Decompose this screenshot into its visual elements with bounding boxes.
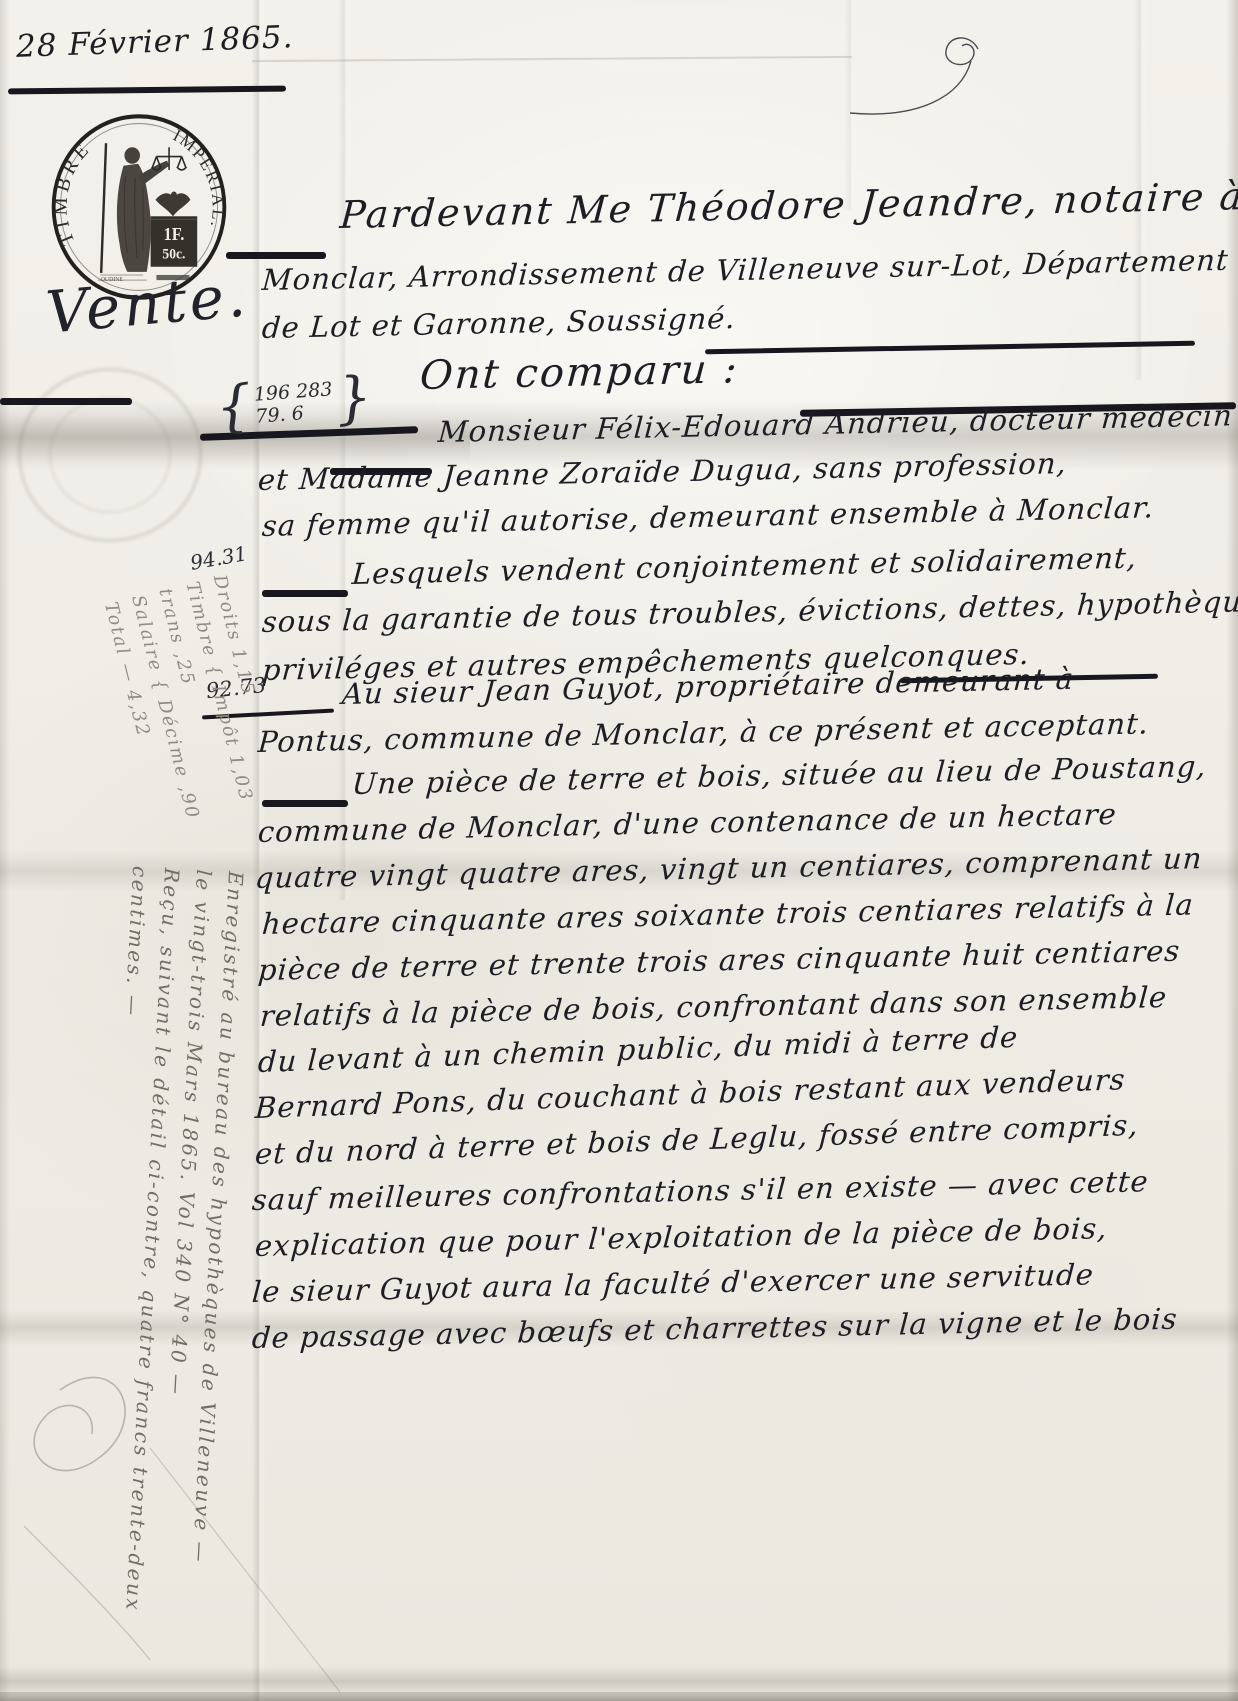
margin-figure: 94.31	[188, 541, 249, 575]
margin-figure: 79. 6	[255, 400, 335, 427]
stamp-right-arc-text: IMPERIAL.	[170, 125, 227, 231]
body-line: sous la garantie de tous troubles, évict…	[261, 587, 1238, 637]
ink-rule	[0, 398, 132, 405]
body-line: pièce de terre et trente trois ares cinq…	[257, 937, 1181, 985]
body-line: sauf meilleures confrontations s'il en e…	[251, 1167, 1150, 1215]
ink-rule	[262, 800, 348, 807]
body-line: relatifs à la pièce de bois, confrontant…	[259, 983, 1168, 1031]
flourish-paraph	[820, 25, 1030, 135]
stamp-denomination-bottom: 50c.	[162, 247, 185, 262]
body-line: Lesquels vendent conjointement et solida…	[351, 544, 1138, 589]
body-line: sa femme qu'il autorise, demeurant ensem…	[261, 493, 1155, 541]
brace-open: {	[214, 381, 253, 434]
body-line: Pontus, commune de Monclar, à ce présent…	[257, 709, 1150, 757]
ink-rule	[8, 86, 286, 95]
ink-rule	[262, 590, 348, 597]
body-line-heading: Ont comparu :	[419, 349, 740, 396]
body-line: explication que pour l'exploitation de l…	[254, 1214, 1108, 1261]
stamp-bleedthrough	[18, 368, 202, 542]
margin-folio-figures: { 196 283 79. 6 }	[214, 373, 373, 434]
brace-close: }	[334, 373, 373, 426]
ink-rule	[226, 252, 326, 259]
body-line: Pardevant Me Théodore Jeandre, notaire à	[339, 177, 1238, 234]
eagle-icon	[155, 192, 190, 217]
document-page: 28 Février 1865. TIMBRE IMPERIAL.	[0, 0, 1238, 1701]
body-line: hectare cinquante ares soixante trois ce…	[261, 891, 1195, 939]
body-line: le sieur Guyot aura la faculté d'exercer…	[251, 1260, 1095, 1307]
body-line: Monclar, Arrondissement de Villeneuve su…	[261, 246, 1230, 295]
body-line: Une pièce de terre et bois, située au li…	[351, 752, 1207, 799]
stamp-pedestal: 1F. 50c.	[151, 216, 198, 266]
body-line: de Lot et Garonne, Soussigné.	[261, 304, 737, 343]
pencil-flourish	[0, 1330, 360, 1701]
stamp-denomination-top: 1F.	[163, 225, 184, 245]
ink-rule	[705, 341, 1195, 355]
body-line: commune de Monclar, d'une contenance de …	[257, 800, 1118, 847]
